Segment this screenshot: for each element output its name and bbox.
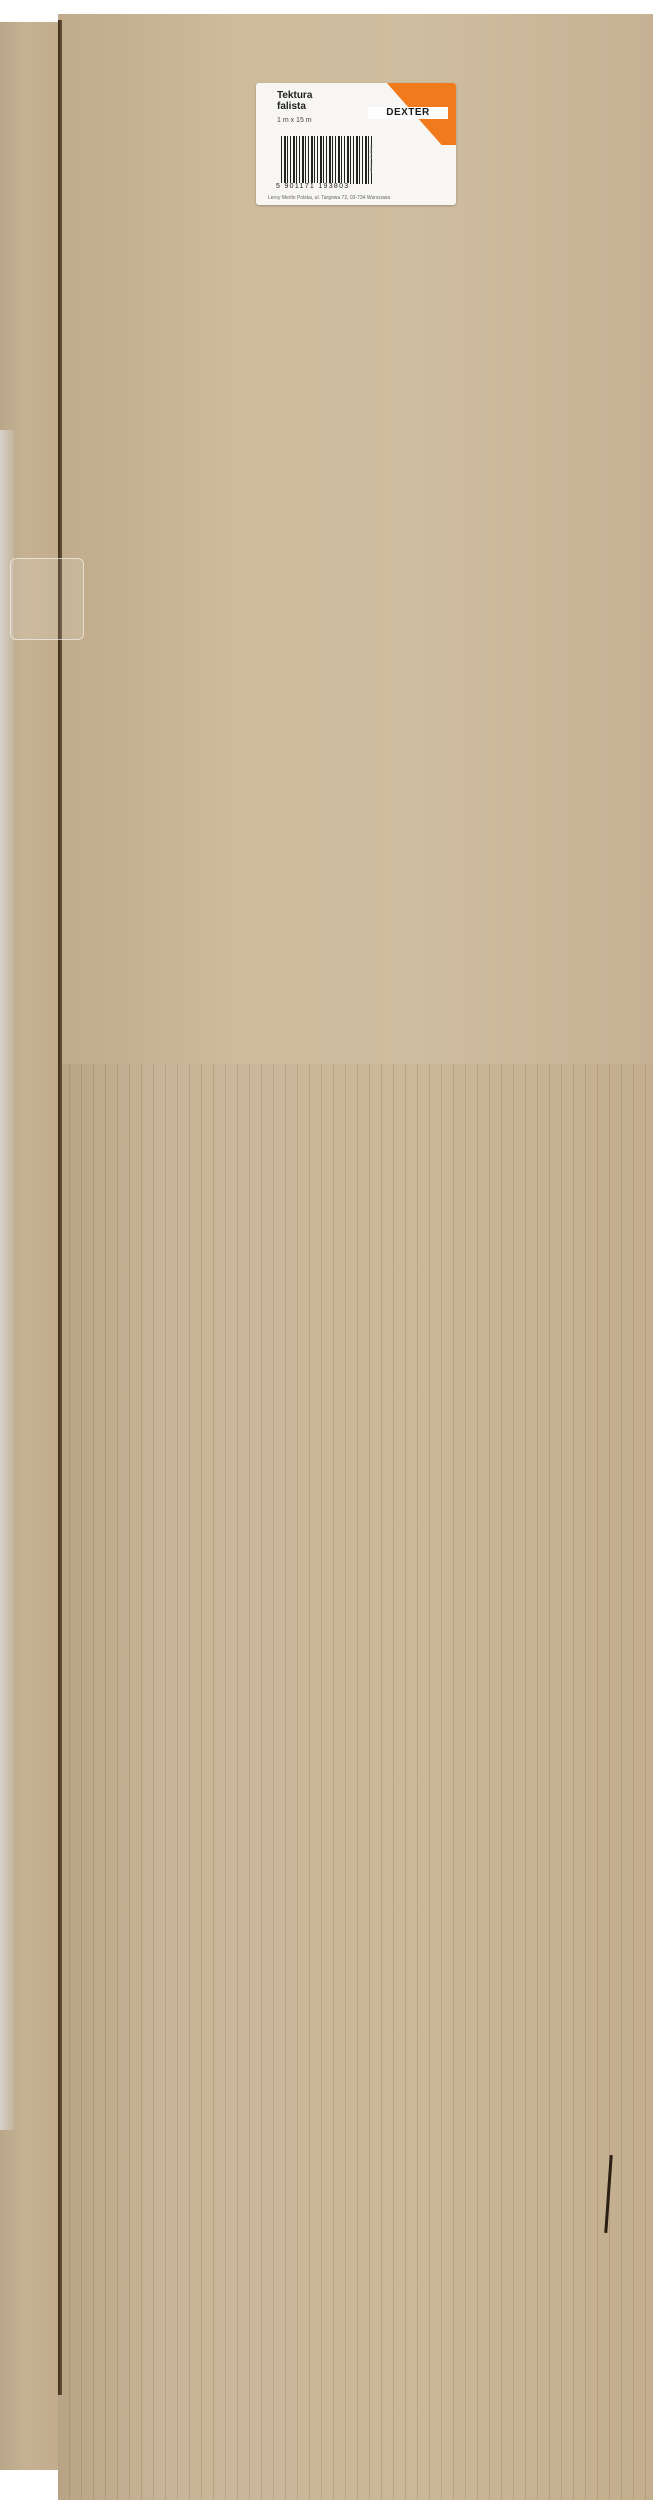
outer-layer-edge xyxy=(0,430,14,2130)
importer-address: Leroy Merlin Polska, ul. Targowa 72, 03-… xyxy=(268,195,390,201)
roll-seam xyxy=(58,20,62,2395)
product-dimensions: 1 m x 15 m xyxy=(277,117,312,124)
barcode-icon xyxy=(281,136,373,184)
cardboard-roll: DEXTER Tektura falista 1 m x 15 m 5 9011… xyxy=(0,0,653,2500)
barcode-number: 5 901171 193803 xyxy=(276,183,349,190)
origin-text: Made in Europe xyxy=(369,145,374,173)
product-name-line1: Tektura xyxy=(277,90,312,101)
product-name-line2: falista xyxy=(277,101,312,112)
product-name: Tektura falista xyxy=(277,90,312,112)
brand-logo: DEXTER xyxy=(368,107,448,119)
product-label: DEXTER Tektura falista 1 m x 15 m 5 9011… xyxy=(256,83,456,205)
clear-tape xyxy=(10,558,84,640)
